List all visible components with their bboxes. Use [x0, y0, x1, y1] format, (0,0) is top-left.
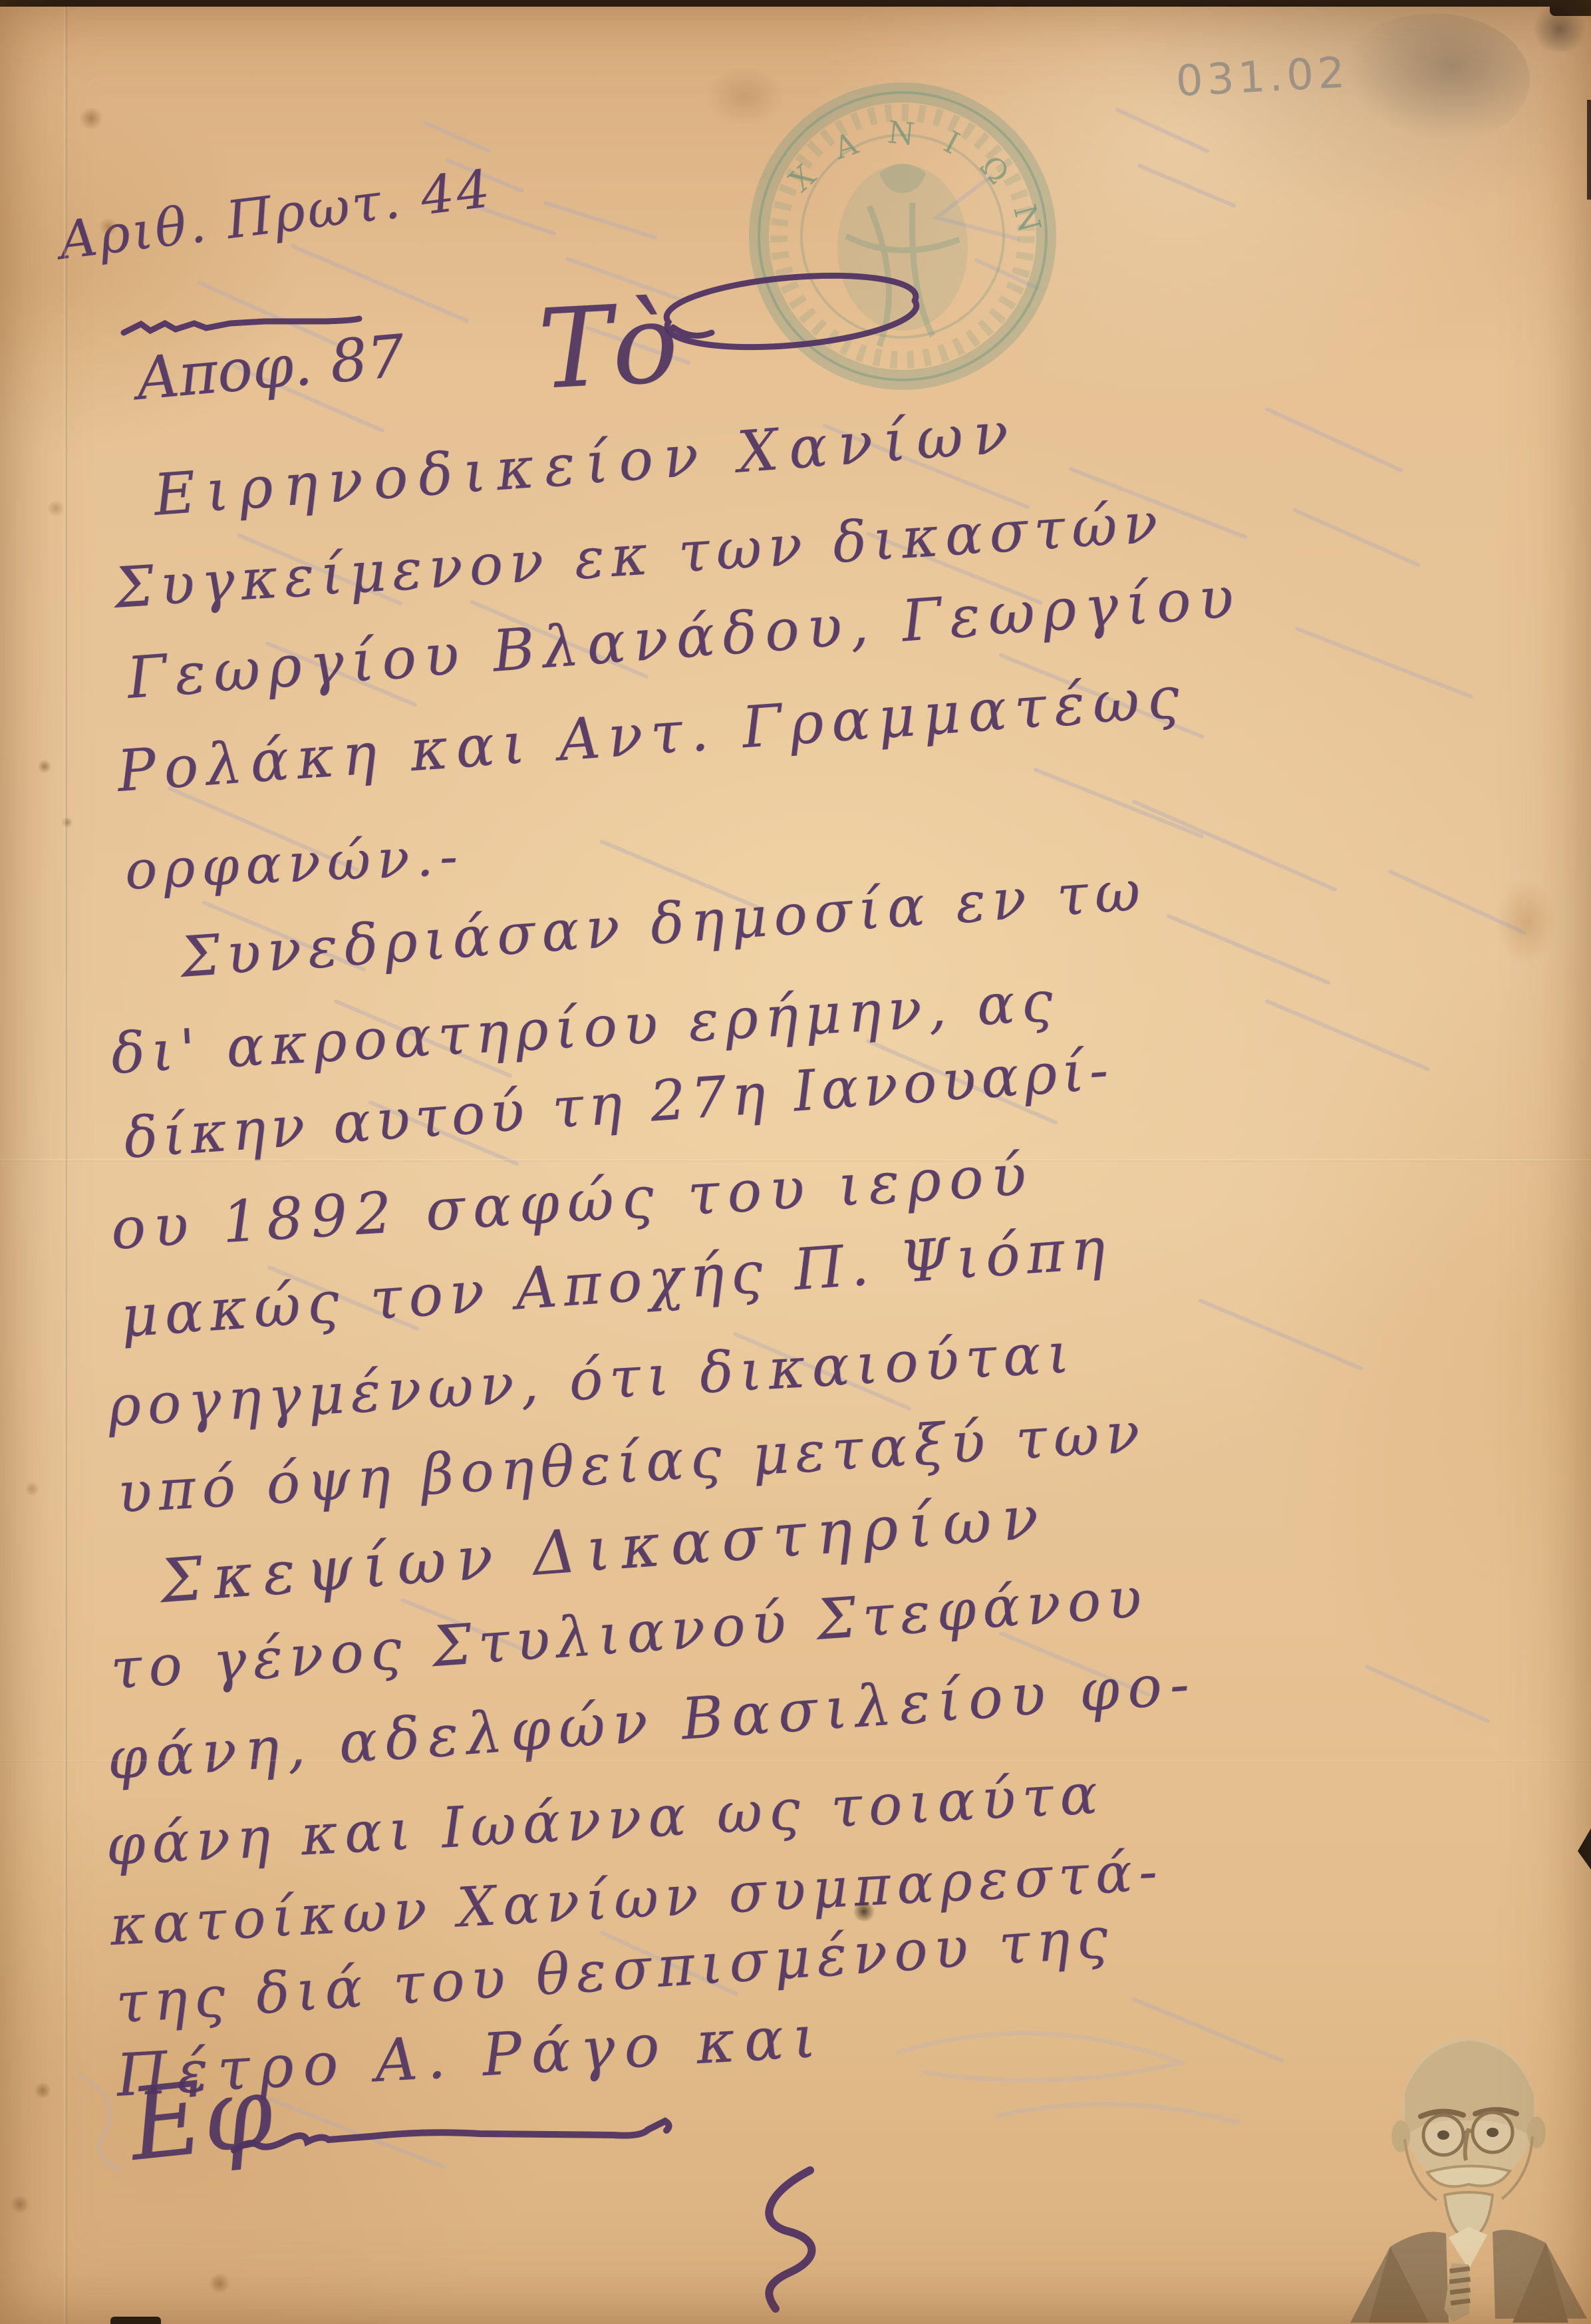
manuscript-page: ΧΑΝΙΩΝ Αριθ. Πρωτ. 44 Αποφ. 87 031.02 Τὸ…: [0, 0, 1591, 2324]
closing-initial: Εφ: [124, 2054, 279, 2184]
fold-crease-vertical: [64, 0, 67, 2324]
fold-crease-horizontal-1: [0, 1159, 1591, 1162]
pencil-archive-code: 031.02: [1175, 48, 1350, 106]
page-heading-to: Τὸ: [535, 279, 681, 414]
closing-squiggle-stroke: [234, 2121, 669, 2150]
closing-s-flourish-stroke: [769, 2170, 811, 2309]
elderly-man-portrait-watermark-icon: [1350, 2019, 1591, 2324]
fold-crease-horizontal-2: [0, 1760, 1591, 1762]
seal-oval-stroke: [666, 275, 917, 347]
